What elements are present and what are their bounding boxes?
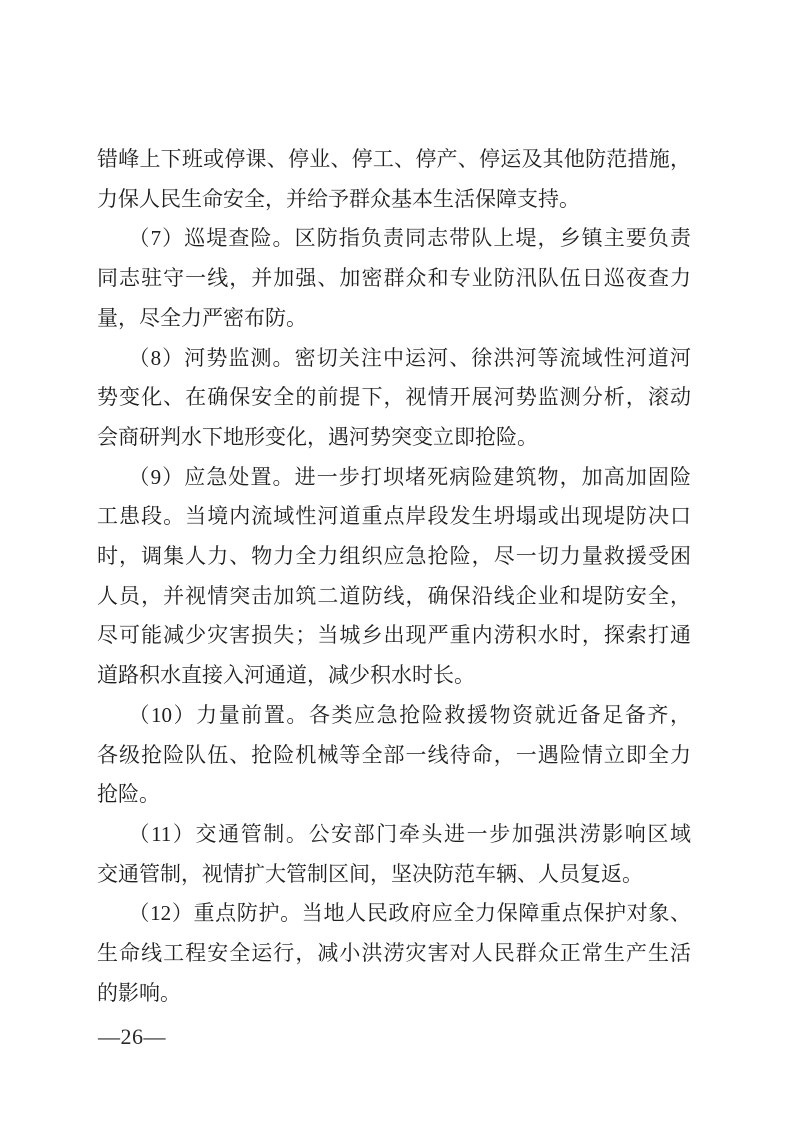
text-line: 势变化、在确保安全的前提下，视情开展河势监测分析，滚动 <box>97 378 691 418</box>
text-line: 人员，并视情突击加筑二道防线，确保沿线企业和堤防安全， <box>97 577 691 617</box>
text-line: 交通管制，视情扩大管制区间，坚决防范车辆、人员复返。 <box>97 855 691 895</box>
document-page: 错峰上下班或停课、停业、停工、停产、停运及其他防范措施， 力保人民生命安全，并给… <box>0 0 793 1122</box>
text-line: 生命线工程安全运行，减小洪涝灾害对人民群众正常生产生活 <box>97 934 691 974</box>
text-line: （9）应急处置。进一步打坝堵死病险建筑物，加高加固险 <box>97 458 691 498</box>
text-line: 同志驻守一线，并加强、加密群众和专业防汛队伍日巡夜查力 <box>97 259 691 299</box>
text-line: 时，调集人力、物力全力组织应急抢险，尽一切力量救援受困 <box>97 537 691 577</box>
text-line: 量，尽全力严密布防。 <box>97 299 691 339</box>
paragraph-item-11: （11）交通管制。公安部门牵头进一步加强洪涝影响区域 交通管制，视情扩大管制区间… <box>97 815 691 894</box>
text-line: 会商研判水下地形变化，遇河势突变立即抢险。 <box>97 418 691 458</box>
text-line: 道路积水直接入河通道，减少积水时长。 <box>97 656 691 696</box>
paragraph-item-7: （7）巡堤查险。区防指负责同志带队上堤，乡镇主要负责 同志驻守一线，并加强、加密… <box>97 219 691 338</box>
text-line: 力保人民生命安全，并给予群众基本生活保障支持。 <box>97 180 691 220</box>
text-block: 错峰上下班或停课、停业、停工、停产、停运及其他防范措施， 力保人民生命安全，并给… <box>97 140 691 1013</box>
text-line: （10）力量前置。各类应急抢险救援物资就近备足备齐， <box>97 696 691 736</box>
text-line: （8）河势监测。密切关注中运河、徐洪河等流域性河道河 <box>97 339 691 379</box>
paragraph-item-12: （12）重点防护。当地人民政府应全力保障重点保护对象、 生命线工程安全运行，减小… <box>97 894 691 1013</box>
paragraph-item-10: （10）力量前置。各类应急抢险救援物资就近备足备齐， 各级抢险队伍、抢险机械等全… <box>97 696 691 815</box>
text-line: （7）巡堤查险。区防指负责同志带队上堤，乡镇主要负责 <box>97 219 691 259</box>
paragraph-item-8: （8）河势监测。密切关注中运河、徐洪河等流域性河道河 势变化、在确保安全的前提下… <box>97 339 691 458</box>
page-number: —26— <box>98 1022 166 1052</box>
text-line: 尽可能减少灾害损失；当城乡出现严重内涝积水时，探索打通 <box>97 616 691 656</box>
text-line: 的影响。 <box>97 974 691 1014</box>
text-line: 各级抢险队伍、抢险机械等全部一线待命，一遇险情立即全力 <box>97 736 691 776</box>
paragraph-item-9: （9）应急处置。进一步打坝堵死病险建筑物，加高加固险 工患段。当境内流域性河道重… <box>97 458 691 696</box>
paragraph-continuation: 错峰上下班或停课、停业、停工、停产、停运及其他防范措施， 力保人民生命安全，并给… <box>97 140 691 219</box>
text-line: （11）交通管制。公安部门牵头进一步加强洪涝影响区域 <box>97 815 691 855</box>
text-line: 工患段。当境内流域性河道重点岸段发生坍塌或出现堤防决口 <box>97 497 691 537</box>
text-line: 抢险。 <box>97 775 691 815</box>
text-line: （12）重点防护。当地人民政府应全力保障重点保护对象、 <box>97 894 691 934</box>
text-line: 错峰上下班或停课、停业、停工、停产、停运及其他防范措施， <box>97 140 691 180</box>
